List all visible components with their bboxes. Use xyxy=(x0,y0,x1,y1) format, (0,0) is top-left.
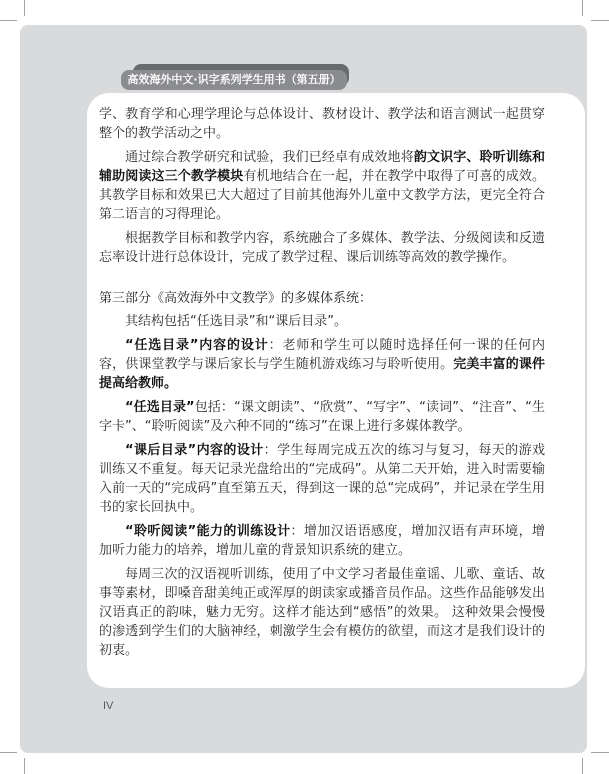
bold-text-segment: “任选目录” xyxy=(125,400,195,415)
crop-mark-top-right-h xyxy=(591,20,609,21)
text-segment: 根据教学目标和教学内容，系统融合了多媒体、教学法、分级阅读和反遗忘率设计进行总体… xyxy=(99,231,545,265)
text-segment: 每周三次的汉语视听训练，使用了中文学习者最佳童谣、儿歌、童话、故事等素材，即嗓音… xyxy=(99,567,545,658)
crop-mark-bottom-left-v xyxy=(24,758,25,774)
crop-mark-top-left-v xyxy=(24,0,25,16)
paragraph: 根据教学目标和教学内容，系统融合了多媒体、教学法、分级阅读和反遗忘率设计进行总体… xyxy=(99,229,545,267)
bold-text-segment: “课后目录”内容的设计 xyxy=(125,443,264,458)
paragraph: “任选目录”内容的设计：老师和学生可以随时选择任何一课的任何内容，供课堂教学与课… xyxy=(99,336,545,393)
crop-mark-bottom-right-v xyxy=(582,758,583,774)
paragraph: 每周三次的汉语视听训练，使用了中文学习者最佳童谣、儿歌、童话、故事等素材，即嗓音… xyxy=(99,565,545,660)
text-segment: 第三部分《高效海外中文教学》的多媒体系统： xyxy=(99,290,372,305)
section-heading: 第三部分《高效海外中文教学》的多媒体系统： xyxy=(99,288,545,307)
crop-mark-top-right-v xyxy=(582,0,583,16)
paragraph: 学、教育学和心理学理论与总体设计、教材设计、教学法和语言测试一起贯穿整个的教学活… xyxy=(99,105,545,143)
text-block: 学、教育学和心理学理论与总体设计、教材设计、教学法和语言测试一起贯穿整个的教学活… xyxy=(99,105,545,665)
bold-text-segment: “聆听阅读”能力的训练设计 xyxy=(125,524,291,539)
series-title-label: 高效海外中文·识字系列学生用书（第五册） xyxy=(127,73,340,86)
paragraph: 通过综合教学研究和试验，我们已经卓有成效地将韵文识字、聆听训练和辅助阅读这三个教… xyxy=(99,148,545,224)
paragraph: 其结构包括“任选目录”和“课后目录”。 xyxy=(99,312,545,331)
text-segment: 学、教育学和心理学理论与总体设计、教材设计、教学法和语言测试一起贯穿整个的教学活… xyxy=(99,107,545,141)
series-title-badge: 高效海外中文·识字系列学生用书（第五册） xyxy=(121,70,347,90)
paragraph: “聆听阅读”能力的训练设计：增加汉语语感度，增加汉语有声环境，增加听力能力的培养… xyxy=(99,522,545,560)
crop-mark-bottom-left-h xyxy=(0,752,17,753)
crop-mark-top-left-h xyxy=(0,20,17,21)
bold-text-segment: “任选目录”内容的设计 xyxy=(125,338,269,353)
text-segment: 通过综合教学研究和试验，我们已经卓有成效地将 xyxy=(125,150,414,165)
paragraph: “课后目录”内容的设计：学生每周完成五次的练习与复习，每天的游戏训练又不重复。每… xyxy=(99,441,545,517)
crop-mark-bottom-right-h xyxy=(591,752,609,753)
paragraph: “任选目录”包括：“课文朗读”、“欣赏”、“写字”、“读词”、“注音”、“生字卡… xyxy=(99,398,545,436)
page-number: IV xyxy=(103,700,113,712)
text-segment: 其结构包括“任选目录”和“课后目录”。 xyxy=(125,314,347,329)
